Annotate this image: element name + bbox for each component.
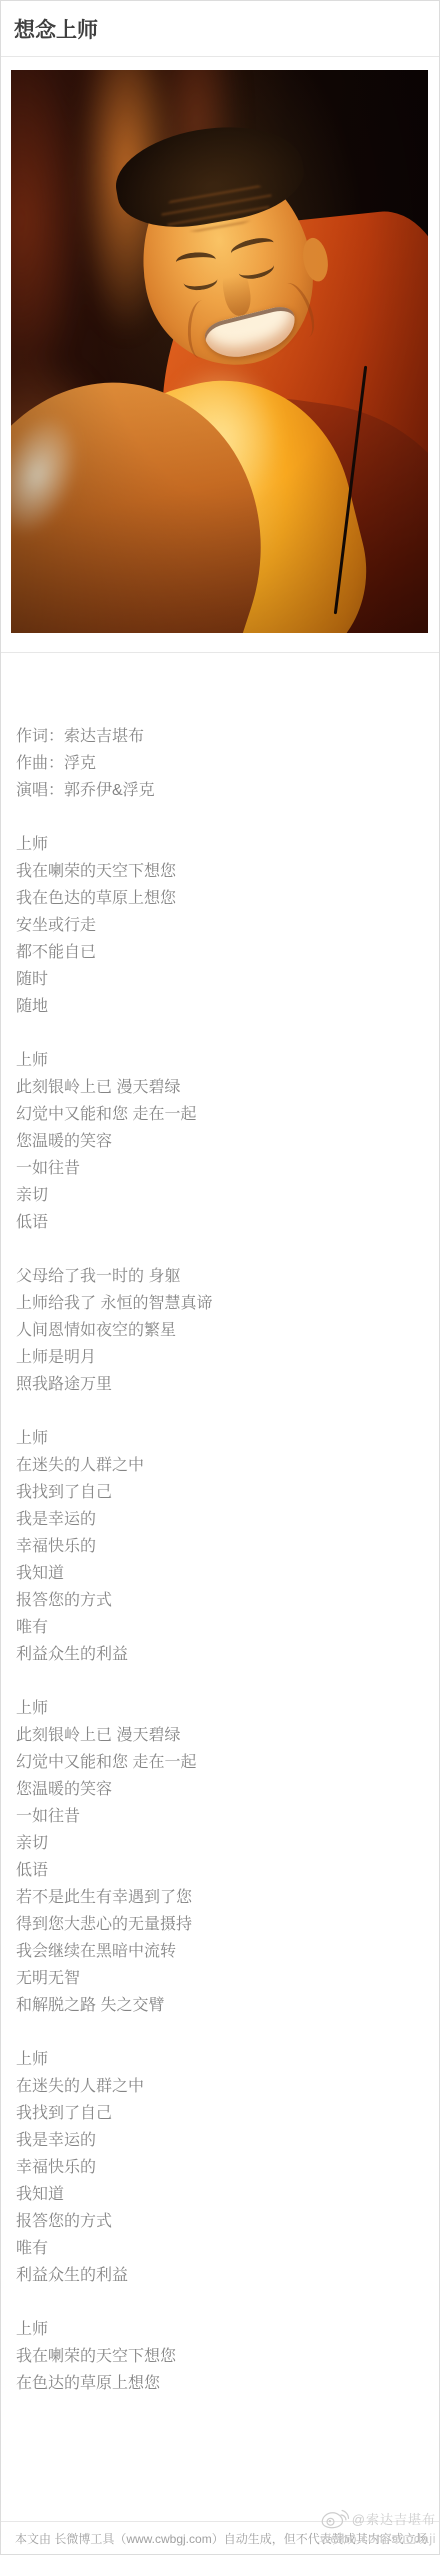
lyric-line: 我在色达的草原上想您 xyxy=(16,885,424,912)
lyric-line: 此刻银岭上已 漫天碧绿 xyxy=(16,1074,424,1101)
credits: 作词：索达吉堪布作曲：浮克演唱：郭乔伊&浮克 xyxy=(16,723,424,804)
lyric-line: 在迷失的人群之中 xyxy=(16,2073,424,2100)
stanza: 上师在迷失的人群之中我找到了自己我是幸运的幸福快乐的我知道报答您的方式唯有利益众… xyxy=(16,2046,424,2289)
stanza: 上师此刻银岭上已 漫天碧绿幻觉中又能和您 走在一起您温暖的笑容一如往昔亲切低语 xyxy=(16,1047,424,1236)
stanza: 上师此刻银岭上已 漫天碧绿幻觉中又能和您 走在一起您温暖的笑容一如往昔亲切低语若… xyxy=(16,1695,424,2019)
lyric-line: 都不能自已 xyxy=(16,939,424,966)
lyric-line: 亲切 xyxy=(16,1830,424,1857)
lyric-line: 若不是此生有幸遇到了您 xyxy=(16,1884,424,1911)
lyric-line: 唯有 xyxy=(16,1614,424,1641)
watermark-url: weibo.com/suodaji xyxy=(320,2531,436,2546)
lyric-line: 得到您大悲心的无量摄持 xyxy=(16,1911,424,1938)
lyric-line: 上师 xyxy=(16,1695,424,1722)
lyrics-content: 作词：索达吉堪布作曲：浮克演唱：郭乔伊&浮克 上师我在喇荣的天空下想您我在色达的… xyxy=(1,653,439,2397)
lyric-line: 上师 xyxy=(16,2316,424,2343)
lyric-line: 父母给了我一时的 身躯 xyxy=(16,1263,424,1290)
lyric-line: 随地 xyxy=(16,993,424,1020)
page-title: 想念上师 xyxy=(14,14,98,44)
credit-line: 作曲：浮克 xyxy=(16,750,424,777)
lyric-line: 上师 xyxy=(16,1047,424,1074)
lyric-line: 报答您的方式 xyxy=(16,1587,424,1614)
lyric-line: 人间恩情如夜空的繁星 xyxy=(16,1317,424,1344)
weibo-logo-icon xyxy=(320,2506,350,2530)
lyric-line: 利益众生的利益 xyxy=(16,1641,424,1668)
stanza: 上师我在喇荣的天空下想您我在色达的草原上想您安坐或行走都不能自已随时随地 xyxy=(16,831,424,1020)
stanza: 上师在迷失的人群之中我找到了自己我是幸运的幸福快乐的我知道报答您的方式唯有利益众… xyxy=(16,1425,424,1668)
lyric-line: 无明无智 xyxy=(16,1965,424,1992)
title-bar: 想念上师 xyxy=(1,1,439,57)
long-weibo-card: 想念上师 作词：索达吉堪布作曲：浮克演唱：郭乔伊&浮克 xyxy=(0,0,440,2555)
lyric-line: 我是幸运的 xyxy=(16,2127,424,2154)
lyric-line: 一如往昔 xyxy=(16,1155,424,1182)
lyric-line: 利益众生的利益 xyxy=(16,2262,424,2289)
lyric-line: 我找到了自己 xyxy=(16,1479,424,1506)
lyric-line: 我是幸运的 xyxy=(16,1506,424,1533)
guru-portrait-photo xyxy=(11,70,428,633)
credit-line: 演唱：郭乔伊&浮克 xyxy=(16,777,424,804)
lyric-line: 幻觉中又能和您 走在一起 xyxy=(16,1749,424,1776)
lyric-line: 安坐或行走 xyxy=(16,912,424,939)
weibo-watermark: @索达吉堪布 weibo.com/suodaji xyxy=(320,2506,436,2546)
stanza: 父母给了我一时的 身躯上师给我了 永恒的智慧真谛人间恩情如夜空的繁星上师是明月照… xyxy=(16,1263,424,1398)
lyric-line: 我知道 xyxy=(16,1560,424,1587)
stanza: 上师我在喇荣的天空下想您在色达的草原上想您 xyxy=(16,2316,424,2397)
lyric-line: 我在喇荣的天空下想您 xyxy=(16,2343,424,2370)
lyric-line: 上师是明月 xyxy=(16,1344,424,1371)
lyric-line: 低语 xyxy=(16,1857,424,1884)
photo-vignette xyxy=(11,70,428,633)
lyric-line: 上师 xyxy=(16,2046,424,2073)
lyrics: 上师我在喇荣的天空下想您我在色达的草原上想您安坐或行走都不能自已随时随地上师此刻… xyxy=(16,831,424,2397)
lyric-line: 亲切 xyxy=(16,1182,424,1209)
lyric-line: 随时 xyxy=(16,966,424,993)
lyric-line: 上师 xyxy=(16,831,424,858)
watermark-row: @索达吉堪布 xyxy=(320,2506,436,2530)
lyric-line: 照我路途万里 xyxy=(16,1371,424,1398)
lyric-line: 低语 xyxy=(16,1209,424,1236)
lyric-line: 此刻银岭上已 漫天碧绿 xyxy=(16,1722,424,1749)
lyric-line: 上师给我了 永恒的智慧真谛 xyxy=(16,1290,424,1317)
lyric-line: 和解脱之路 失之交臂 xyxy=(16,1992,424,2019)
lyric-line: 幸福快乐的 xyxy=(16,1533,424,1560)
lyric-line: 我在喇荣的天空下想您 xyxy=(16,858,424,885)
lyric-line: 唯有 xyxy=(16,2235,424,2262)
lyric-line: 一如往昔 xyxy=(16,1803,424,1830)
watermark-handle: @索达吉堪布 xyxy=(352,2509,436,2528)
credit-line: 作词：索达吉堪布 xyxy=(16,723,424,750)
lyric-line: 我找到了自己 xyxy=(16,2100,424,2127)
lyric-line: 报答您的方式 xyxy=(16,2208,424,2235)
lyric-line: 在迷失的人群之中 xyxy=(16,1452,424,1479)
lyric-line: 在色达的草原上想您 xyxy=(16,2370,424,2397)
lyric-line: 您温暖的笑容 xyxy=(16,1128,424,1155)
lyric-line: 幻觉中又能和您 走在一起 xyxy=(16,1101,424,1128)
lyric-line: 幸福快乐的 xyxy=(16,2154,424,2181)
lyric-line: 上师 xyxy=(16,1425,424,1452)
lyric-line: 我会继续在黑暗中流转 xyxy=(16,1938,424,1965)
lyric-line: 我知道 xyxy=(16,2181,424,2208)
lyric-line: 您温暖的笑容 xyxy=(16,1776,424,1803)
